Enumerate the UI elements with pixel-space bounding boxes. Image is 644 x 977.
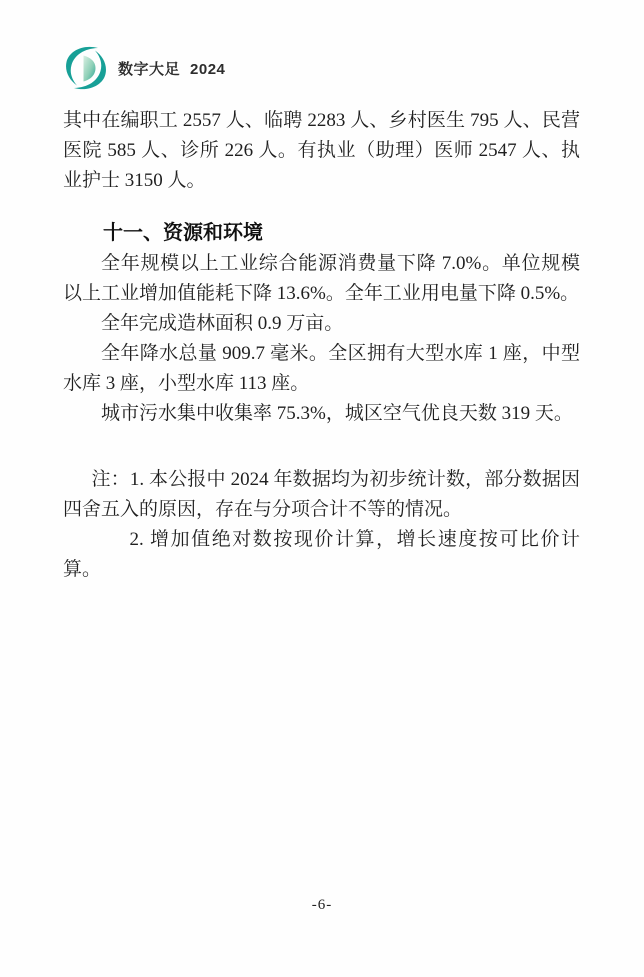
paragraph-precipitation-reservoirs: 全年降水总量 909.7 毫米。全区拥有大型水库 1 座，中型水库 3 座，小型… <box>63 339 580 399</box>
page-number: -6- <box>0 898 644 913</box>
note-1: 注：1. 本公报中 2024 年数据均为初步统计数，部分数据因四舍五入的原因，存… <box>63 465 580 525</box>
notes-section: 注：1. 本公报中 2024 年数据均为初步统计数，部分数据因四舍五入的原因，存… <box>63 465 580 585</box>
brand-text: 数字大足2024 <box>118 58 225 79</box>
note-2: 2. 增加值绝对数按现价计算，增长速度按可比价计算。 <box>63 525 580 585</box>
digital-dazu-logo-icon <box>64 45 106 91</box>
paragraph-energy: 全年规模以上工业综合能源消费量下降 7.0%。单位规模以上工业增加值能耗下降 1… <box>63 249 580 309</box>
brand-name: 数字大足 <box>118 61 180 78</box>
paragraph-forestation: 全年完成造林面积 0.9 万亩。 <box>63 309 580 339</box>
brand-year: 2024 <box>190 61 225 78</box>
section-heading-resources-environment: 十一、资源和环境 <box>63 218 580 249</box>
continuation-paragraph: 其中在编职工 2557 人、临聘 2283 人、乡村医生 795 人、民营医院 … <box>63 106 580 196</box>
document-body: 其中在编职工 2557 人、临聘 2283 人、乡村医生 795 人、民营医院 … <box>63 106 580 585</box>
paragraph-sewage-air: 城市污水集中收集率 75.3%，城区空气优良天数 319 天。 <box>63 399 580 429</box>
document-page: 数字大足2024 其中在编职工 2557 人、临聘 2283 人、乡村医生 79… <box>0 0 644 977</box>
brand-header: 数字大足2024 <box>64 45 225 91</box>
